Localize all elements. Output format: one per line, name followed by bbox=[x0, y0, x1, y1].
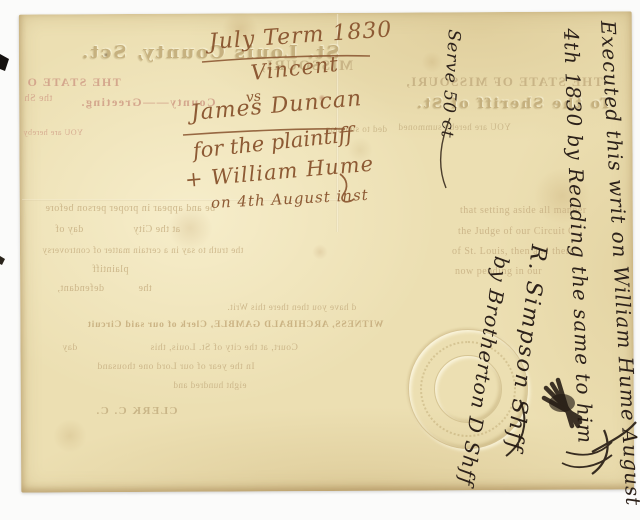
printed-form-fragment: be and appear in proper person before bbox=[45, 204, 215, 214]
scanned-document-page: St. Louis County, Sct.MISSOURI,THE STATE… bbox=[0, 0, 640, 520]
printed-form-fragment: defendant, bbox=[57, 284, 104, 294]
printed-form-fragment: of St. Louis, then and there bbox=[452, 247, 575, 257]
printed-form-fragment: Court, at the city of St. Louis, this bbox=[150, 344, 298, 354]
printed-form-fragment: CLERK C. C. bbox=[95, 406, 178, 417]
printed-form-fragment: YOU are hereby bbox=[23, 129, 83, 137]
printed-form-fragment: THE STATE O bbox=[26, 76, 121, 88]
printed-form-fragment: the Sh bbox=[24, 94, 52, 104]
printed-form-fragment: the truth to say in a certain matter of … bbox=[42, 246, 243, 255]
printed-form-fragment: d have you then there this Writ. bbox=[227, 303, 356, 312]
edge-mark-top bbox=[0, 54, 9, 71]
printed-form-fragment: the Judge of our Circuit C bbox=[458, 227, 575, 237]
printed-form-fragment: at the City bbox=[133, 225, 180, 235]
printed-form-fragment: plaintiff bbox=[92, 265, 129, 275]
edge-mark-mid bbox=[0, 256, 5, 265]
printed-form-fragment: day of bbox=[55, 225, 83, 235]
printed-form-fragment: the bbox=[138, 284, 152, 294]
printed-form-fragment: eight hundred and bbox=[173, 381, 246, 390]
printed-form-fragment: WITNESS, ARCHIBALD GAMBLE, Clerk of our … bbox=[87, 321, 383, 331]
printed-form-fragment: day bbox=[62, 344, 77, 354]
printed-form-fragment: In the year of our Lord one thousand bbox=[97, 363, 255, 373]
